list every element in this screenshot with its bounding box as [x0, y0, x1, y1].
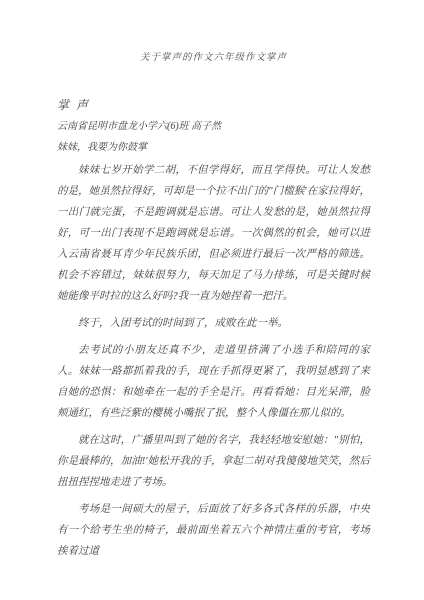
- essay-paragraph-3: 去考试的小朋友还真不少，走道里挤满了小选手和陪同的家人。妹妹一路都抓着我的手，现…: [57, 340, 370, 424]
- essay-paragraph-1: 妹妹七岁开始学二胡，不但学得好，而且学得快。可让人发愁的是，她虽然拉得好，可却是…: [57, 160, 370, 307]
- essay-title: 掌 声: [57, 95, 370, 116]
- essay-paragraph-5: 考场是一间硕大的屋子，后面放了好多各式各样的乐器，中央有一个给考生坐的椅子，最前…: [57, 499, 370, 562]
- essay-body: 妹妹七岁开始学二胡，不但学得好，而且学得快。可让人发愁的是，她虽然拉得好，可却是…: [57, 160, 370, 562]
- essay-subtitle: 妹妹，我要为你鼓掌: [57, 137, 370, 158]
- page-title: 关于掌声的作文六年级作文掌声: [57, 52, 370, 65]
- essay-page: 关于掌声的作文六年级作文掌声 掌 声 云南省昆明市盘龙小学六(6)班 高子然 妹…: [0, 0, 424, 600]
- author-byline: 云南省昆明市盘龙小学六(6)班 高子然: [57, 116, 370, 137]
- essay-paragraph-2: 终于，入团考试的时间到了，成败在此一举。: [57, 313, 370, 334]
- essay-paragraph-4: 就在这时，广播里叫到了她的名字，我轻轻地安慰她："别怕，你是最棒的，加油!'她松…: [57, 430, 370, 493]
